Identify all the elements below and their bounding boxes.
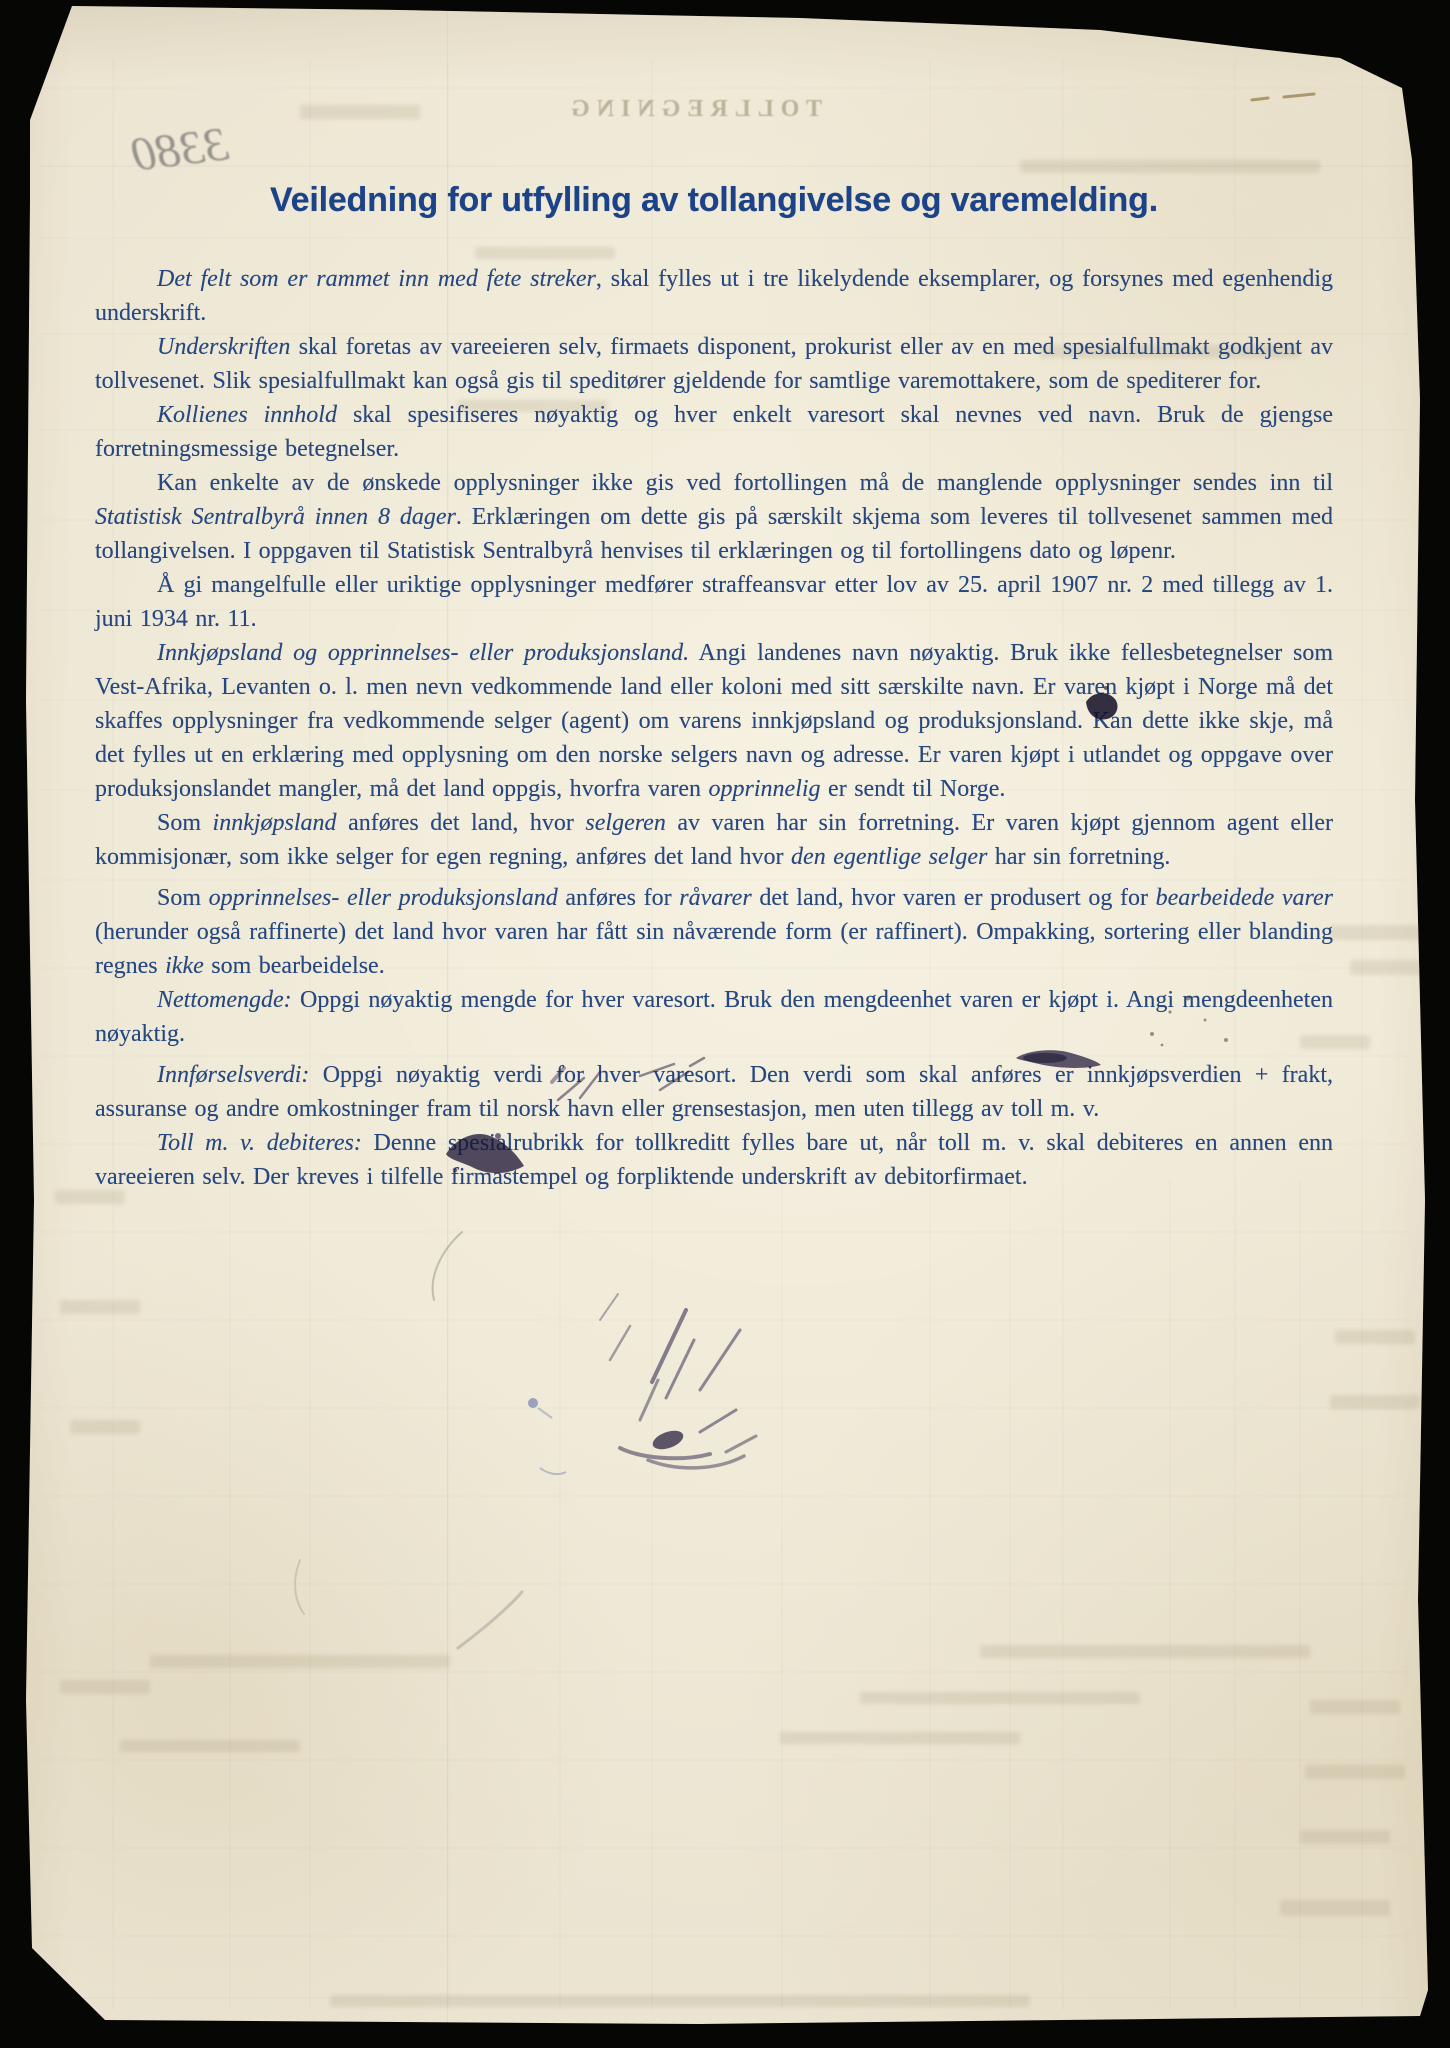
paragraph: Som innkjøpsland anføres det land, hvor …	[95, 806, 1333, 874]
emphasized-text-run: Det felt som er rammet inn med fete stre…	[157, 266, 596, 292]
instruction-text-block: Veiledning for utfylling av tollangivels…	[95, 0, 1333, 1194]
paragraph: Kan enkelte av de ønskede opplysninger i…	[95, 466, 1333, 568]
bleedthrough-mark	[1305, 1765, 1405, 1779]
bleedthrough-mark	[1280, 1900, 1390, 1916]
emphasized-text-run: Underskriften	[157, 334, 290, 360]
paper-sheet: TOLLREGNING 3380 Veiledning for utfyllin…	[0, 0, 1450, 2048]
emphasized-text-run: innkjøpsland	[213, 810, 337, 836]
emphasized-text-run: Innførselsverdi:	[157, 1062, 309, 1088]
emphasized-text-run: bearbeidede varer	[1156, 885, 1333, 911]
emphasized-text-run: råvarer	[679, 885, 751, 911]
bleedthrough-mark	[70, 1420, 140, 1434]
text-run: Som	[157, 810, 213, 836]
paragraph: Kollienes innhold skal spesifiseres nøya…	[95, 398, 1333, 466]
emphasized-text-run: selgeren	[585, 810, 665, 836]
bleedthrough-mark	[1335, 1330, 1415, 1344]
bleedthrough-mark	[980, 1645, 1310, 1658]
bleedthrough-mark	[120, 1740, 300, 1752]
scanned-document: TOLLREGNING 3380 Veiledning for utfyllin…	[0, 0, 1450, 2048]
text-run: anføres for	[558, 885, 680, 911]
bleedthrough-mark	[60, 1680, 150, 1694]
bleedthrough-mark	[1300, 1830, 1390, 1844]
emphasized-text-run: opprinnelig	[709, 776, 821, 802]
emphasized-text-run: Toll m. v. debiteres:	[157, 1130, 362, 1156]
bleedthrough-mark	[1330, 1395, 1420, 1409]
emphasized-text-run: ikke	[165, 953, 204, 979]
text-run: som bearbeidelse.	[204, 953, 385, 979]
emphasized-text-run: Kollienes innhold	[157, 402, 337, 428]
paragraph: Nettomengde: Oppgi nøyaktig mengde for h…	[95, 983, 1333, 1051]
paragraph: Å gi mangelfulle eller uriktige opplysni…	[95, 568, 1333, 636]
text-run: er sendt til Norge.	[821, 776, 1006, 802]
text-run: har sin forretning.	[987, 844, 1170, 870]
bleedthrough-mark	[860, 1692, 1140, 1704]
text-run: Å gi mangelfulle eller uriktige opplysni…	[95, 572, 1333, 632]
text-run: det land, hvor varen er produsert og for	[752, 885, 1156, 911]
paragraph: Toll m. v. debiteres: Denne spesialrubri…	[95, 1126, 1333, 1194]
text-run: anføres det land, hvor	[337, 810, 586, 836]
bleedthrough-mark	[330, 1995, 1030, 2007]
emphasized-text-run: Nettomengde:	[157, 987, 292, 1013]
page-title: Veiledning for utfylling av tollangivels…	[95, 181, 1333, 220]
emphasized-text-run: Innkjøpsland og opprinnelses- eller prod…	[157, 640, 689, 666]
paragraph: Innkjøpsland og opprinnelses- eller prod…	[95, 636, 1333, 806]
bleedthrough-mark	[1310, 1700, 1400, 1714]
body-paragraphs: Det felt som er rammet inn med fete stre…	[95, 262, 1333, 1194]
paragraph: Som opprinnelses- eller produksjonsland …	[95, 881, 1333, 983]
text-run: Som	[157, 885, 209, 911]
bleedthrough-mark	[1350, 960, 1430, 975]
paragraph: Underskriften skal foretas av vareeieren…	[95, 330, 1333, 398]
emphasized-text-run: Statistisk Sentralbyrå innen 8 dager	[95, 504, 456, 530]
paragraph: Innførselsverdi: Oppgi nøyaktig verdi fo…	[95, 1058, 1333, 1126]
text-run: Kan enkelte av de ønskede opplysninger i…	[157, 470, 1333, 496]
paragraph: Det felt som er rammet inn med fete stre…	[95, 262, 1333, 330]
emphasized-text-run: den egentlige selger	[791, 844, 987, 870]
bleedthrough-mark	[780, 1732, 1020, 1744]
bleedthrough-mark	[1330, 925, 1425, 940]
bleedthrough-mark	[150, 1655, 450, 1668]
emphasized-text-run: opprinnelses- eller produksjonsland	[209, 885, 558, 911]
bleedthrough-mark	[60, 1300, 140, 1314]
